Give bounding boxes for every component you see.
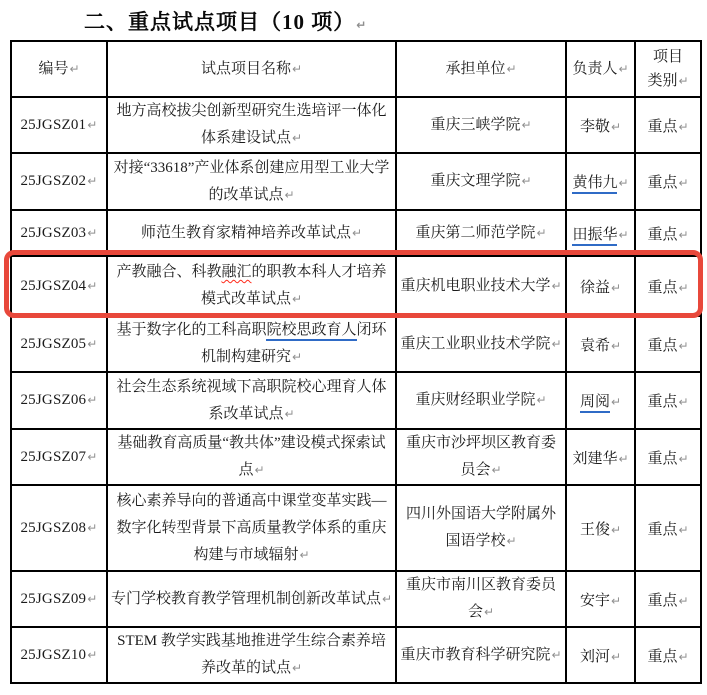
paragraph-mark-icon: ↵ — [382, 592, 392, 606]
cell-unit: 重庆文理学院↵ — [396, 153, 566, 210]
paragraph-mark-icon: ↵ — [678, 228, 688, 242]
cell-category: 重点↵ — [635, 485, 701, 571]
table-row-25JGSZ05: 25JGSZ05↵基于数字化的工科高职院校思政育人闭环机制构建研究↵重庆工业职业… — [11, 316, 701, 372]
cell-category: 重点↵ — [635, 97, 701, 153]
paragraph-mark-icon: ↵ — [87, 648, 97, 662]
cell-person: 刘建华↵ — [566, 429, 635, 485]
table-row-25JGSZ06: 25JGSZ06↵社会生态系统视域下高职院校心理育人体系改革试点↵重庆财经职业学… — [11, 372, 701, 429]
paragraph-mark-icon: ↵ — [618, 228, 628, 242]
cell-project-name: 基于数字化的工科高职院校思政育人闭环机制构建研究↵ — [107, 316, 396, 372]
section-title-text: 二、重点试点项目（10 项） — [84, 10, 355, 34]
cell-project-name: 核心素养导向的普通高中课堂变革实践—数字化转型背景下高质量教学体系的重庆构建与市… — [107, 485, 396, 571]
cell-text: 基础教育高质量“教共体”建设模式探索试点 — [117, 435, 385, 478]
cell-text: 重点 — [647, 338, 677, 354]
cell-text: 25JGSZ07 — [20, 449, 86, 465]
paragraph-mark-icon: ↵ — [87, 337, 97, 351]
paragraph-mark-icon: ↵ — [299, 548, 309, 562]
cell-text: 25JGSZ09 — [20, 591, 86, 607]
cell-text: 重庆财经职业学院 — [415, 392, 535, 408]
table-body: 25JGSZ01↵地方高校拔尖创新型研究生选培评一体化体系建设试点↵重庆三峡学院… — [11, 97, 701, 683]
cell-category: 重点↵ — [635, 571, 701, 627]
paragraph-mark-icon: ↵ — [284, 188, 294, 202]
col-header-name: 试点项目名称↵ — [107, 41, 396, 97]
cell-text: 产教融合、科教 — [116, 264, 221, 280]
cell-person: 李敬↵ — [566, 97, 635, 153]
paragraph-mark-icon: ↵ — [611, 650, 621, 664]
cell-text: 王俊 — [580, 522, 610, 538]
paragraph-mark-icon: ↵ — [678, 452, 688, 466]
paragraph-mark-icon: ↵ — [356, 18, 367, 32]
cell-unit: 重庆第二师范学院↵ — [396, 210, 566, 256]
col-header-label: 负责人 — [572, 61, 617, 77]
paragraph-mark-icon: ↵ — [536, 226, 546, 240]
cell-project-name: 专门学校教育教学管理机制创新改革试点↵ — [107, 571, 396, 627]
cell-row-id: 25JGSZ07↵ — [11, 429, 107, 485]
paragraph-mark-icon: ↵ — [87, 174, 97, 188]
cell-project-name: 社会生态系统视域下高职院校心理育人体系改革试点↵ — [107, 372, 396, 429]
paragraph-mark-icon: ↵ — [678, 594, 688, 608]
cell-text: 重点 — [647, 227, 677, 243]
cell-text: 安宇 — [580, 593, 610, 609]
cell-unit: 重庆市教育科学研究院↵ — [396, 627, 566, 683]
cell-text: 四川外国语大学附属外国语学校 — [406, 506, 556, 549]
cell-person: 周阅↵ — [566, 372, 635, 429]
cell-unit: 重庆财经职业学院↵ — [396, 372, 566, 429]
cell-text: 25JGSZ08 — [20, 520, 86, 536]
cell-row-id: 25JGSZ09↵ — [11, 571, 107, 627]
cell-text: 核心素养导向的普通高中课堂变革实践—数字化转型背景下高质量教学体系的重庆构建与市… — [116, 493, 386, 563]
spellcheck-wavy-text: 融汇 — [221, 264, 251, 280]
cell-person: 田振华↵ — [566, 210, 635, 256]
cell-unit: 重庆市南川区教育委员会↵ — [396, 571, 566, 627]
paragraph-mark-icon: ↵ — [536, 393, 546, 407]
paragraph-mark-icon: ↵ — [678, 339, 688, 353]
paragraph-mark-icon: ↵ — [87, 592, 97, 606]
cell-person: 黄伟九↵ — [566, 153, 635, 210]
cell-category: 重点↵ — [635, 429, 701, 485]
paragraph-mark-icon: ↵ — [352, 226, 362, 240]
paragraph-mark-icon: ↵ — [484, 605, 494, 619]
paragraph-mark-icon: ↵ — [491, 463, 501, 477]
paragraph-mark-icon: ↵ — [521, 118, 531, 132]
table-row-25JGSZ07: 25JGSZ07↵基础教育高质量“教共体”建设模式探索试点↵重庆市沙坪坝区教育委… — [11, 429, 701, 485]
col-header-label: 试点项目名称 — [201, 61, 291, 77]
col-header-label: 承担单位 — [445, 61, 505, 77]
section-title: 二、重点试点项目（10 项）↵ — [84, 6, 367, 36]
cell-text: 刘建华 — [572, 451, 617, 467]
paragraph-mark-icon: ↵ — [551, 648, 561, 662]
cell-project-name: 产教融合、科教融汇的职教本科人才培养模式改革试点↵ — [107, 256, 396, 316]
table-header: 编号↵试点项目名称↵承担单位↵负责人↵项目 类别↵ — [11, 41, 701, 97]
paragraph-mark-icon: ↵ — [678, 120, 688, 134]
projects-table: 编号↵试点项目名称↵承担单位↵负责人↵项目 类别↵ 25JGSZ01↵地方高校拔… — [10, 40, 702, 684]
table-row-25JGSZ03: 25JGSZ03↵师范生教育家精神培养改革试点↵重庆第二师范学院↵田振华↵重点↵ — [11, 210, 701, 256]
paragraph-mark-icon: ↵ — [87, 393, 97, 407]
cell-project-name: STEM 教学实践基地推进学生综合素养培养改革的试点↵ — [107, 627, 396, 683]
cell-person: 安宇↵ — [566, 571, 635, 627]
cell-text: 基于数字化的工科高职 — [116, 322, 266, 338]
paragraph-mark-icon: ↵ — [611, 594, 621, 608]
paragraph-mark-icon: ↵ — [292, 661, 302, 675]
paragraph-mark-icon: ↵ — [678, 281, 688, 295]
cell-category: 重点↵ — [635, 627, 701, 683]
col-header-label: 编号 — [38, 61, 68, 77]
cell-text: 徐益 — [580, 280, 610, 296]
cell-text: 25JGSZ03 — [20, 225, 86, 241]
paragraph-mark-icon: ↵ — [284, 407, 294, 421]
cell-text: 25JGSZ01 — [20, 117, 86, 133]
paragraph-mark-icon: ↵ — [87, 118, 97, 132]
cell-project-name: 地方高校拔尖创新型研究生选培评一体化体系建设试点↵ — [107, 97, 396, 153]
cell-text: 重庆市南川区教育委员会 — [406, 577, 556, 620]
cell-text: 社会生态系统视域下高职院校心理育人体系改革试点 — [116, 379, 386, 422]
cell-text: 李敬 — [580, 119, 610, 135]
cell-category: 重点↵ — [635, 316, 701, 372]
cell-person: 徐益↵ — [566, 256, 635, 316]
cell-unit: 重庆市沙坪坝区教育委员会↵ — [396, 429, 566, 485]
cell-text: 重庆文理学院 — [430, 173, 520, 189]
cell-text: 重庆市教育科学研究院 — [400, 647, 550, 663]
cell-text: 重庆工业职业技术学院 — [400, 336, 550, 352]
col-header-category: 项目 类别↵ — [635, 41, 701, 97]
cell-text: 重点 — [647, 522, 677, 538]
cell-text: 师范生教育家精神培养改革试点 — [141, 225, 351, 241]
cell-text: 重点 — [647, 119, 677, 135]
paragraph-mark-icon: ↵ — [292, 62, 302, 76]
table-row-25JGSZ08: 25JGSZ08↵核心素养导向的普通高中课堂变革实践—数字化转型背景下高质量教学… — [11, 485, 701, 571]
cell-text: 25JGSZ04 — [20, 278, 86, 294]
cell-person: 袁希↵ — [566, 316, 635, 372]
cell-row-id: 25JGSZ06↵ — [11, 372, 107, 429]
cell-text: 刘河 — [580, 649, 610, 665]
cell-text: 重点 — [647, 280, 677, 296]
cell-text: 重点 — [647, 451, 677, 467]
paragraph-mark-icon: ↵ — [506, 62, 516, 76]
proofing-underline-text: 周阅 — [580, 394, 610, 413]
cell-category: 重点↵ — [635, 153, 701, 210]
cell-text: STEM 教学实践基地推进学生综合素养培养改革的试点 — [117, 633, 386, 676]
cell-text: 重庆三峡学院 — [430, 117, 520, 133]
cell-text: 25JGSZ05 — [20, 336, 86, 352]
cell-category: 重点↵ — [635, 210, 701, 256]
table-row-25JGSZ04-highlighted: 25JGSZ04↵产教融合、科教融汇的职教本科人才培养模式改革试点↵重庆机电职业… — [11, 256, 701, 316]
paragraph-mark-icon: ↵ — [292, 292, 302, 306]
paragraph-mark-icon: ↵ — [292, 350, 302, 364]
cell-row-id: 25JGSZ02↵ — [11, 153, 107, 210]
cell-text: 25JGSZ10 — [20, 647, 86, 663]
cell-text: 重庆第二师范学院 — [415, 225, 535, 241]
table-row-25JGSZ10: 25JGSZ10↵STEM 教学实践基地推进学生综合素养培养改革的试点↵重庆市教… — [11, 627, 701, 683]
proofing-underline-text: 院校思政育人 — [266, 322, 356, 341]
cell-row-id: 25JGSZ01↵ — [11, 97, 107, 153]
table-row-25JGSZ01: 25JGSZ01↵地方高校拔尖创新型研究生选培评一体化体系建设试点↵重庆三峡学院… — [11, 97, 701, 153]
paragraph-mark-icon: ↵ — [678, 74, 688, 88]
paragraph-mark-icon: ↵ — [69, 62, 79, 76]
paragraph-mark-icon: ↵ — [678, 395, 688, 409]
proofing-underline-text: 黄伟九 — [572, 175, 617, 194]
cell-row-id: 25JGSZ04↵ — [11, 256, 107, 316]
cell-category: 重点↵ — [635, 372, 701, 429]
cell-text: 地方高校拔尖创新型研究生选培评一体化体系建设试点 — [116, 103, 386, 146]
paragraph-mark-icon: ↵ — [87, 279, 97, 293]
paragraph-mark-icon: ↵ — [611, 395, 621, 409]
cell-project-name: 对接“33618”产业体系创建应用型工业大学的改革试点↵ — [107, 153, 396, 210]
table-row-25JGSZ09: 25JGSZ09↵专门学校教育教学管理机制创新改革试点↵重庆市南川区教育委员会↵… — [11, 571, 701, 627]
paragraph-mark-icon: ↵ — [87, 450, 97, 464]
cell-text: 重点 — [647, 649, 677, 665]
paragraph-mark-icon: ↵ — [551, 337, 561, 351]
paragraph-mark-icon: ↵ — [87, 226, 97, 240]
col-header-unit: 承担单位↵ — [396, 41, 566, 97]
cell-text: 对接“33618”产业体系创建应用型工业大学的改革试点 — [114, 160, 390, 203]
cell-text: 专门学校教育教学管理机制创新改革试点 — [111, 591, 381, 607]
cell-text: 重点 — [647, 593, 677, 609]
paragraph-mark-icon: ↵ — [521, 174, 531, 188]
paragraph-mark-icon: ↵ — [292, 131, 302, 145]
cell-text: 重庆市沙坪坝区教育委员会 — [406, 435, 556, 478]
cell-person: 王俊↵ — [566, 485, 635, 571]
cell-row-id: 25JGSZ05↵ — [11, 316, 107, 372]
cell-unit: 重庆工业职业技术学院↵ — [396, 316, 566, 372]
paragraph-mark-icon: ↵ — [618, 452, 628, 466]
table-row-25JGSZ02: 25JGSZ02↵对接“33618”产业体系创建应用型工业大学的改革试点↵重庆文… — [11, 153, 701, 210]
proofing-underline-text: 田振华 — [572, 227, 617, 246]
paragraph-mark-icon: ↵ — [678, 523, 688, 537]
cell-row-id: 25JGSZ03↵ — [11, 210, 107, 256]
paragraph-mark-icon: ↵ — [611, 120, 621, 134]
paragraph-mark-icon: ↵ — [254, 463, 264, 477]
paragraph-mark-icon: ↵ — [551, 279, 561, 293]
cell-text: 重点 — [647, 394, 677, 410]
paragraph-mark-icon: ↵ — [611, 339, 621, 353]
paragraph-mark-icon: ↵ — [611, 523, 621, 537]
table-header-row: 编号↵试点项目名称↵承担单位↵负责人↵项目 类别↵ — [11, 41, 701, 97]
cell-project-name: 基础教育高质量“教共体”建设模式探索试点↵ — [107, 429, 396, 485]
cell-row-id: 25JGSZ08↵ — [11, 485, 107, 571]
paragraph-mark-icon: ↵ — [87, 521, 97, 535]
paragraph-mark-icon: ↵ — [611, 281, 621, 295]
cell-category: 重点↵ — [635, 256, 701, 316]
paragraph-mark-icon: ↵ — [618, 62, 628, 76]
cell-text: 重点 — [647, 175, 677, 191]
paragraph-mark-icon: ↵ — [506, 534, 516, 548]
cell-project-name: 师范生教育家精神培养改革试点↵ — [107, 210, 396, 256]
document-page: 二、重点试点项目（10 项）↵ 编号↵试点项目名称↵承担单位↵负责人↵项目 类别… — [0, 0, 707, 695]
cell-person: 刘河↵ — [566, 627, 635, 683]
cell-unit: 四川外国语大学附属外国语学校↵ — [396, 485, 566, 571]
cell-text: 袁希 — [580, 338, 610, 354]
paragraph-mark-icon: ↵ — [678, 176, 688, 190]
cell-text: 重庆机电职业技术大学 — [400, 278, 550, 294]
cell-text: 25JGSZ02 — [20, 173, 86, 189]
col-header-person: 负责人↵ — [566, 41, 635, 97]
cell-unit: 重庆三峡学院↵ — [396, 97, 566, 153]
paragraph-mark-icon: ↵ — [678, 650, 688, 664]
cell-text: 25JGSZ06 — [20, 392, 86, 408]
col-header-id: 编号↵ — [11, 41, 107, 97]
cell-row-id: 25JGSZ10↵ — [11, 627, 107, 683]
paragraph-mark-icon: ↵ — [618, 176, 628, 190]
cell-unit: 重庆机电职业技术大学↵ — [396, 256, 566, 316]
